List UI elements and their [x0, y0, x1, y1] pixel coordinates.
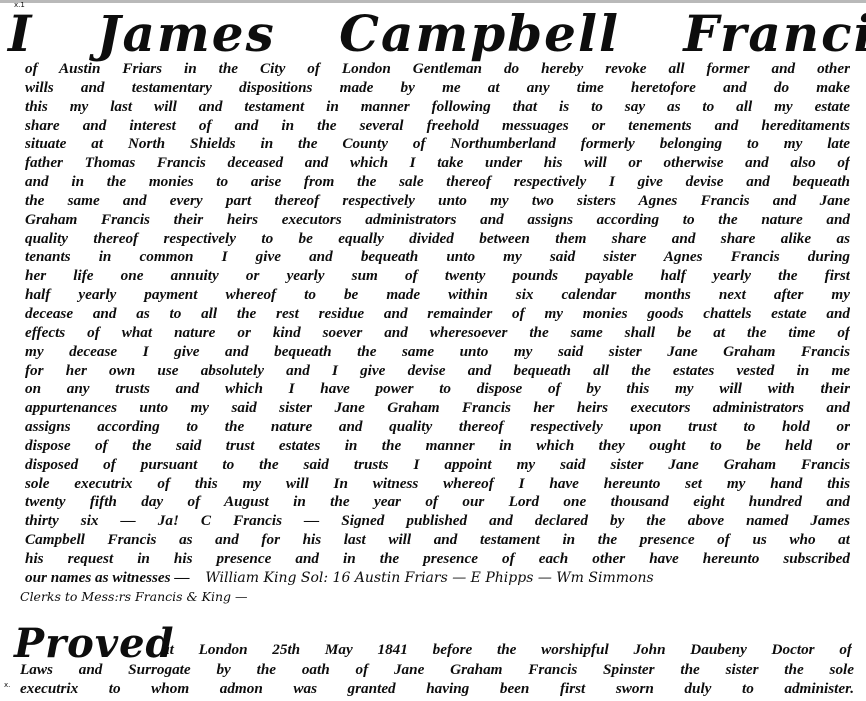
body-line: her life one annuity or yearly sum of tw… — [25, 267, 850, 286]
clerks-signature: Clerks to Mess:rs Francis & King — — [20, 588, 420, 606]
body-line: my decease I give and bequeath the same … — [25, 343, 850, 362]
body-line: quality thereof respectively to be equal… — [25, 230, 850, 249]
body-line: for her own use absolutely and I give de… — [25, 362, 850, 381]
probate-lines: Laws and Surrogate by the oath of Jane G… — [20, 660, 854, 698]
body-line: appurtenances unto my said sister Jane G… — [25, 399, 850, 418]
body-line: the same and every part thereof respecti… — [25, 192, 850, 211]
probate-line: Laws and Surrogate by the oath of Jane G… — [20, 660, 854, 679]
body-line: sole executrix of this my will In witnes… — [25, 475, 850, 494]
title-word: I — [8, 4, 33, 63]
body-line: wills and testamentary dispositions made… — [25, 79, 850, 98]
body-line: of Austin Friars in the City of London G… — [25, 60, 850, 79]
will-title: I James Campbell Francis - — [8, 4, 858, 64]
body-line: this my last will and testament in manne… — [25, 98, 850, 117]
scan-top-border — [0, 0, 866, 3]
body-line: effects of what nature or kind soever an… — [25, 324, 850, 343]
probate-line: executrix to whom admon was granted havi… — [20, 679, 854, 698]
body-line: situate at North Shields in the County o… — [25, 135, 850, 154]
body-line: thirty six — Ja! C Francis — Signed publ… — [25, 512, 850, 531]
body-line: share and interest of and in the several… — [25, 117, 850, 136]
title-word: James — [97, 4, 276, 63]
body-line: twenty fifth day of August in the year o… — [25, 493, 850, 512]
witness-line: our names as witnesses — William King So… — [25, 569, 850, 588]
body-line: his request in his presence and in the p… — [25, 550, 850, 569]
probate-first-line: at London 25th May 1841 before the worsh… — [162, 640, 852, 660]
body-line: on any trusts and which I have power to … — [25, 380, 850, 399]
body-line: Campbell Francis as and for his last wil… — [25, 531, 850, 550]
body-line: Graham Francis their heirs executors adm… — [25, 211, 850, 230]
body-line: and in the monies to arise from the sale… — [25, 173, 850, 192]
body-line: dispose of the said trust estates in the… — [25, 437, 850, 456]
witness-lead: our names as witnesses — — [25, 569, 190, 586]
body-line: tenants in common I give and bequeath un… — [25, 248, 850, 267]
body-line: assigns according to the nature and qual… — [25, 418, 850, 437]
title-word: Francis — [683, 4, 866, 63]
title-word: Campbell — [339, 4, 620, 63]
margin-mark: x. — [4, 681, 10, 689]
body-line: decease and as to all the rest residue a… — [25, 305, 850, 324]
body-line: father Thomas Francis deceased and which… — [25, 154, 850, 173]
body-line: disposed of pursuant to the said trusts … — [25, 456, 850, 475]
will-body: of Austin Friars in the City of London G… — [25, 60, 850, 588]
witness-signatures: William King Sol: 16 Austin Friars — E P… — [205, 570, 653, 586]
body-line: half yearly payment whereof to be made w… — [25, 286, 850, 305]
